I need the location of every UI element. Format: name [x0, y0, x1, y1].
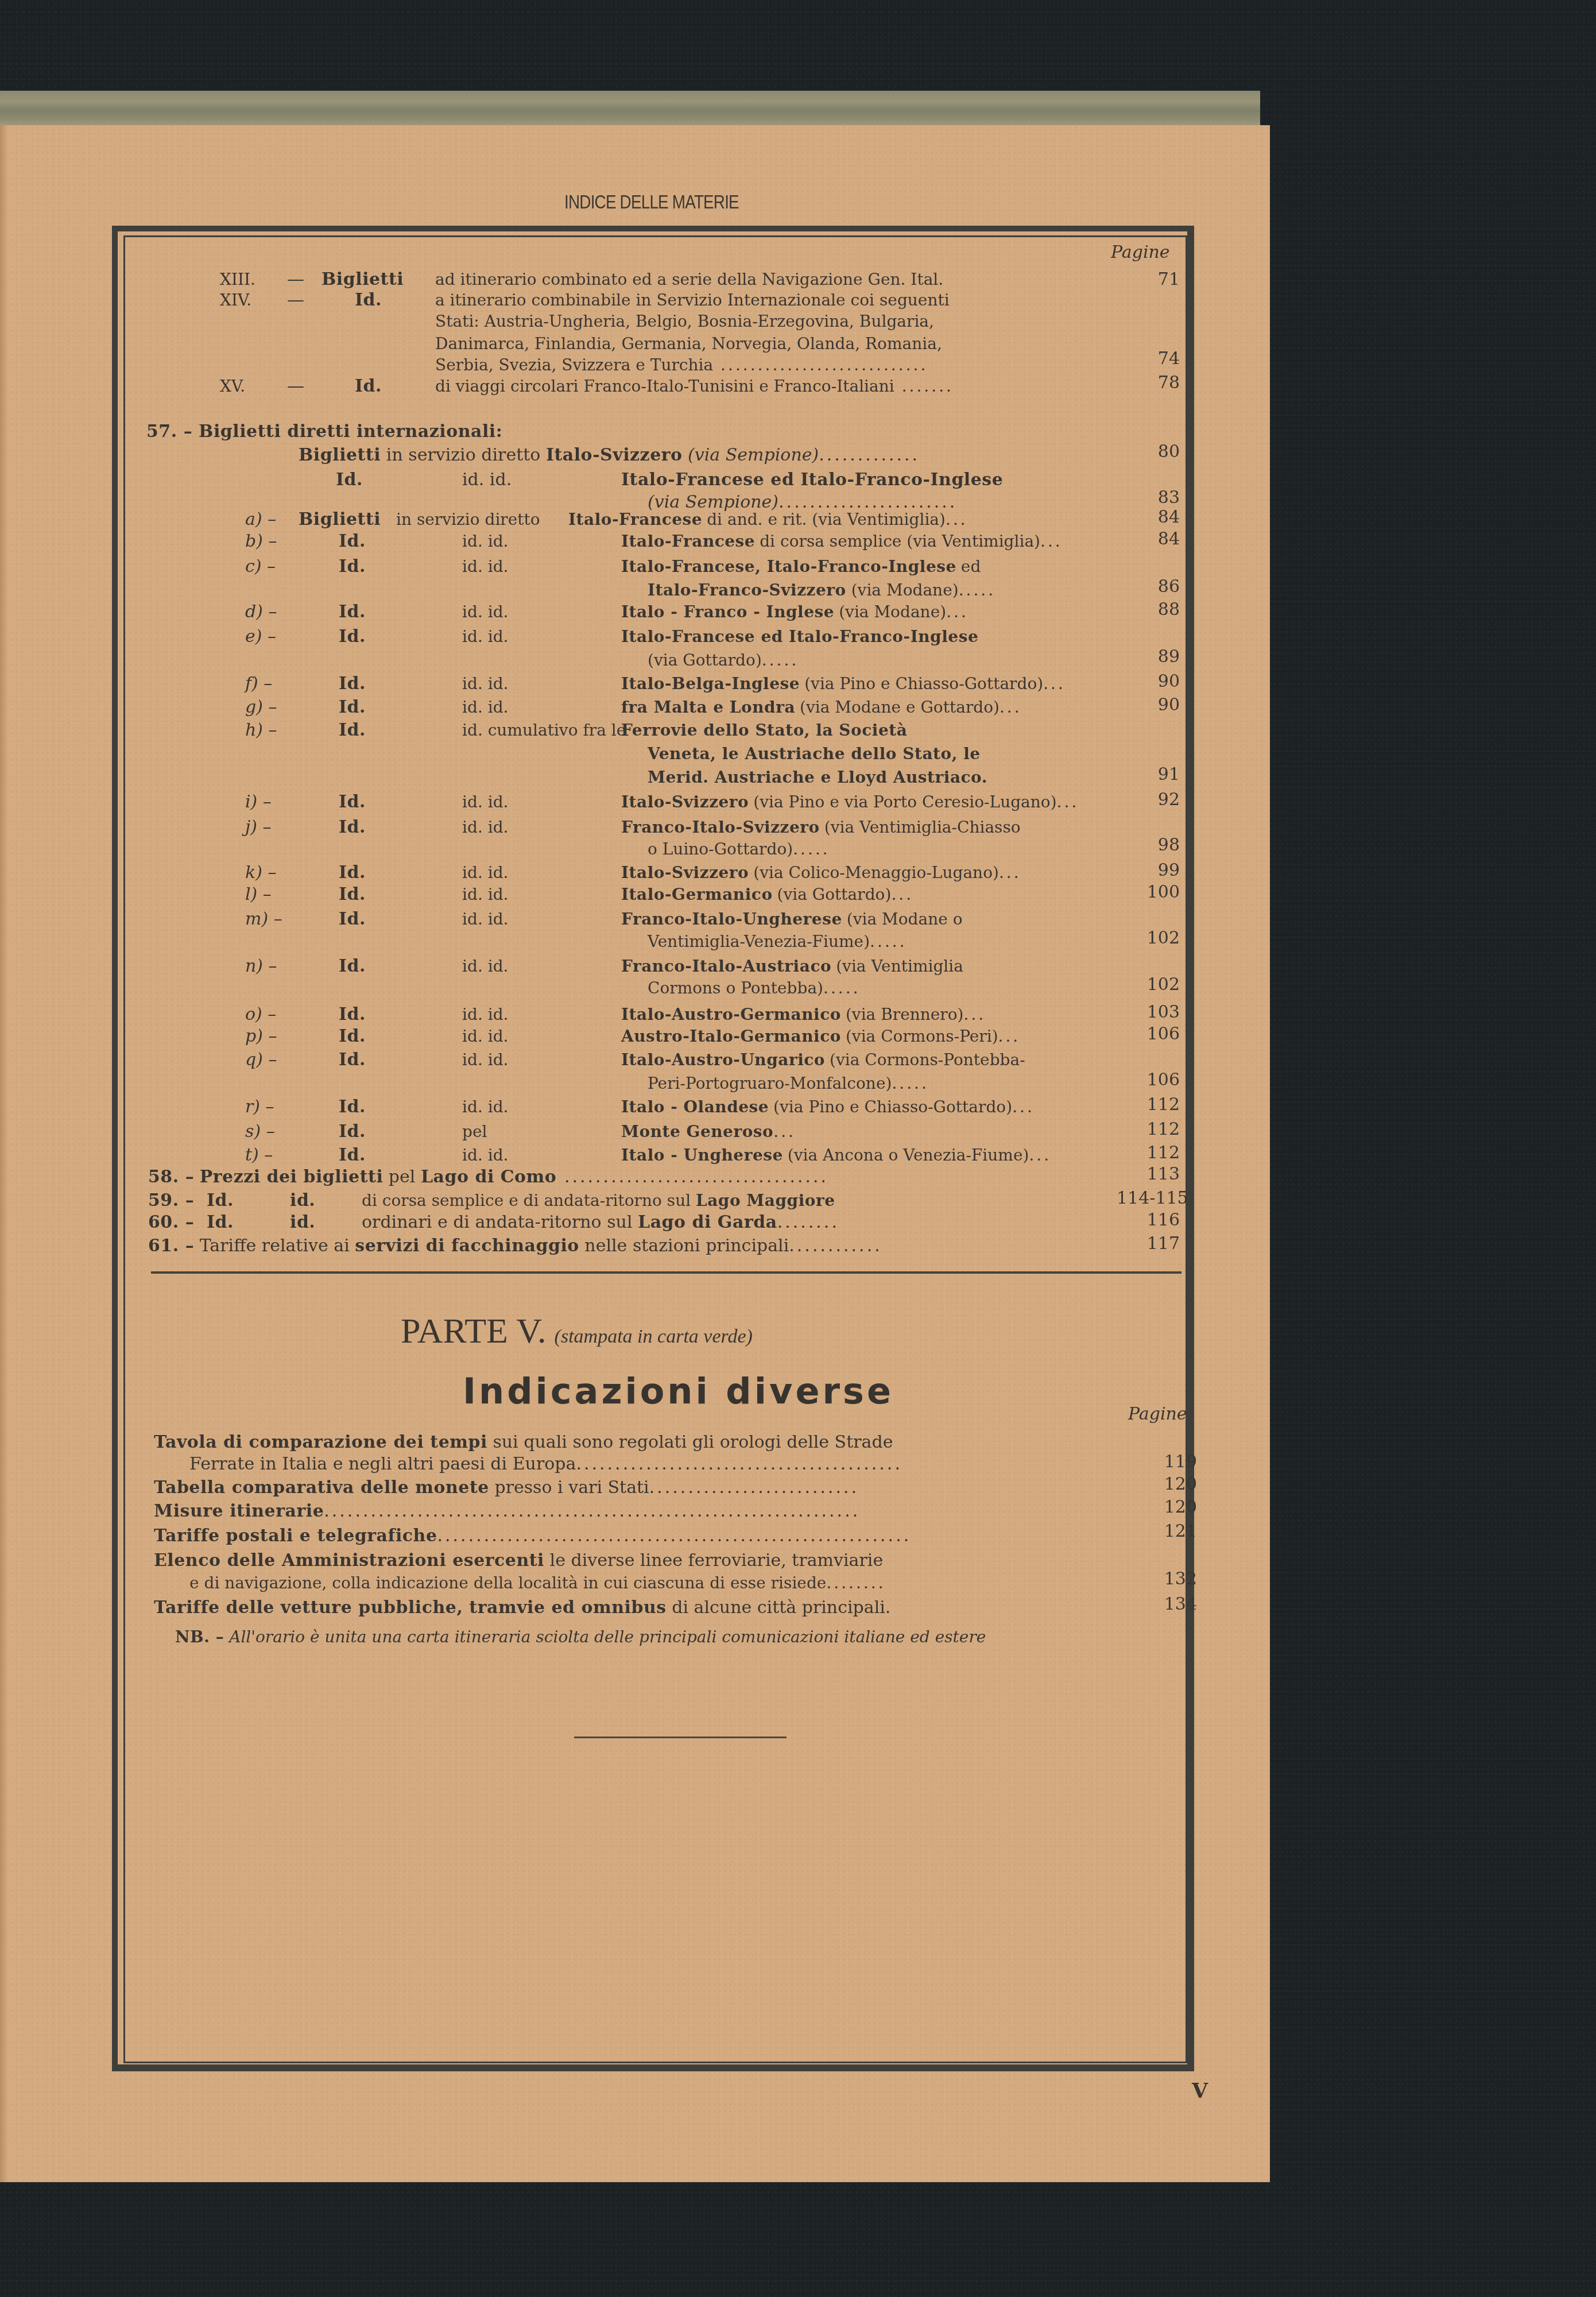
item-id-repeat: id. id. — [462, 531, 508, 552]
short-rule — [574, 1737, 787, 1738]
item-letter: c) – — [245, 556, 276, 578]
item-id-repeat: id. id. — [462, 601, 508, 623]
item-lead: Id. — [339, 601, 366, 623]
item-letter: m) – — [245, 908, 282, 930]
item-lead: Id. — [339, 1144, 366, 1166]
section-60-text: ordinari e di andata-ritorno sul Lago di… — [362, 1212, 839, 1233]
item-lead: Id. — [339, 673, 366, 695]
section-number: 59. – — [148, 1190, 194, 1212]
item-id-repeat: id. id. — [462, 1144, 508, 1166]
entry-number: XIII. — [220, 269, 255, 291]
page-number: 83 — [1117, 487, 1180, 509]
entry-bold: Italo-Francese ed Italo-Franco-Inglese — [621, 469, 1003, 491]
page-number: 86 — [1117, 576, 1180, 598]
part-v-title: PARTE V.(stampata in carta verde) — [401, 1314, 753, 1354]
page-number: 134 — [1134, 1594, 1197, 1615]
section-heading-57: 57. – Biglietti diretti internazionali: — [146, 421, 502, 443]
page-number: 78 — [1117, 372, 1180, 394]
page-number: 100 — [1117, 881, 1180, 903]
item-letter: o) – — [245, 1004, 276, 1026]
page-number: 92 — [1117, 789, 1180, 811]
item-letter: e) – — [245, 626, 276, 648]
id-lead: Id. — [207, 1212, 234, 1233]
page-number: 89 — [1117, 646, 1180, 668]
page-number: 119 — [1134, 1451, 1197, 1473]
page-number: 91 — [1117, 764, 1180, 786]
item-description: Italo - Ungherese(via Ancona o Venezia-F… — [621, 1144, 1051, 1166]
id-lead: Id. — [207, 1190, 234, 1212]
item-letter: l) – — [245, 884, 272, 906]
item-id-repeat: id. id. — [462, 673, 508, 695]
item-id-repeat: id. id. — [462, 908, 508, 930]
item-id-repeat: id. id. — [462, 791, 508, 813]
item-description: Italo-Francesedi corsa semplice (via Ven… — [621, 531, 1063, 552]
page-edges-stack — [0, 91, 1260, 127]
entry-text: ad itinerario combinato ed a serie della… — [435, 269, 943, 291]
item-letter: h) – — [245, 720, 277, 741]
pagine-label: Pagine — [1128, 1403, 1187, 1425]
item-letter: b) – — [245, 531, 277, 552]
entry-lead: Id. — [355, 289, 382, 311]
item-description: Italo-Svizzero(via Pino e via Porto Cere… — [621, 791, 1079, 813]
item-description: Ferrovie dello Stato, la Società — [621, 720, 907, 741]
item-description: Franco-Italo-Ungherese(via Modane o — [621, 908, 963, 930]
pagine-label: Pagine — [1111, 242, 1170, 264]
page-number: 106 — [1117, 1023, 1180, 1045]
entry-text-line: Danimarca, Finlandia, Germania, Norvegia… — [435, 333, 942, 355]
item-line2: o Luino-Gottardo)..... — [648, 838, 830, 860]
entry-number: XIV. — [220, 289, 251, 311]
item-description: Italo - Franco - Inglese(via Modane)... — [621, 601, 969, 623]
item-lead: Id. — [339, 720, 366, 741]
part-v-entry: Misure itinerarie.......................… — [154, 1501, 860, 1522]
item-letter: t) – — [245, 1144, 273, 1166]
item-lead: Id. — [339, 697, 366, 718]
item-line2: Italo-Franco-Svizzero (via Modane)..... — [648, 579, 995, 601]
section-divider — [151, 1271, 1181, 1274]
item-lead: Id. — [339, 791, 366, 813]
item-lead: Id. — [339, 817, 366, 838]
part-v-entry: Tabella comparativa delle monete presso … — [154, 1477, 859, 1499]
page-number: 90 — [1117, 671, 1180, 693]
part-v-entry: Tavola di comparazione dei tempi sui qua… — [154, 1432, 893, 1453]
item-id-repeat: id. id. — [462, 556, 508, 578]
part-v-entry: Elenco delle Amministrazioni esercenti l… — [154, 1550, 883, 1572]
item-id-repeat: id. id. — [462, 862, 508, 884]
item-description: Italo-Francesedi and. e rit. (via Ventim… — [568, 509, 968, 531]
part-v-entry: Tariffe delle vetture pubbliche, tramvie… — [154, 1597, 890, 1619]
page-number: 120 — [1134, 1474, 1197, 1495]
page-number: 102 — [1117, 927, 1180, 949]
item-description: Franco-Italo-Svizzero(via Ventimiglia-Ch… — [621, 817, 1021, 838]
page-number: 116 — [1117, 1209, 1180, 1231]
item-id-repeat: id. id. — [462, 884, 508, 906]
page-number: 84 — [1117, 528, 1180, 550]
section-59-text: di corsa semplice e di andata-ritorno su… — [362, 1190, 835, 1212]
item-description: Italo-Francese ed Italo-Franco-Inglese — [621, 626, 978, 648]
page-number: 112 — [1117, 1094, 1180, 1116]
item-letter: k) – — [245, 862, 276, 884]
id-mid: id. — [290, 1190, 315, 1212]
item-letter: j) – — [245, 817, 272, 838]
item-letter: p) – — [245, 1026, 277, 1047]
entry-dash: — — [287, 269, 304, 291]
page-number: 106 — [1117, 1069, 1180, 1091]
item-line2: Veneta, le Austriache dello Stato, le — [648, 743, 981, 765]
page-folio: V — [1192, 2079, 1208, 2103]
item-lead: Biglietti — [299, 509, 381, 531]
item-description: Italo-Belga-Inglese(via Pino e Chiasso-G… — [621, 673, 1066, 695]
page-number: 114-115 — [1117, 1188, 1180, 1209]
item-lead: Id. — [339, 556, 366, 578]
item-id-repeat: id. id. — [462, 956, 508, 977]
item-letter: r) – — [245, 1096, 274, 1118]
item-lead: Id. — [339, 956, 366, 977]
item-lead: Id. — [339, 1121, 366, 1143]
entry-dash: — — [287, 289, 304, 311]
item-id-repeat: id. id. — [462, 1026, 508, 1047]
page-number: 71 — [1117, 269, 1180, 291]
item-letter: d) – — [245, 601, 277, 623]
page-number: 74 — [1117, 348, 1180, 370]
page-number: 120 — [1134, 1496, 1197, 1518]
item-lead: Id. — [339, 1004, 366, 1026]
page-number: 98 — [1117, 834, 1180, 856]
item-description: Franco-Italo-Austriaco(via Ventimiglia — [621, 956, 963, 977]
page-spine-shadow — [0, 125, 8, 2182]
page-number: 103 — [1117, 1001, 1180, 1023]
item-description: Italo-Germanico(via Gottardo)... — [621, 884, 913, 906]
section-58: 58. – Prezzi dei biglietti pel Lago di C… — [148, 1166, 828, 1188]
page-number: 121 — [1134, 1521, 1197, 1542]
item-text: in servizio diretto — [396, 509, 540, 531]
item-lead: Id. — [339, 1026, 366, 1047]
section-61: 61. – Tariffe relative ai servizi di fac… — [148, 1235, 882, 1257]
note: NB. – All'orario è unita una carta itine… — [175, 1626, 986, 1648]
item-lead: Id. — [339, 626, 366, 648]
item-description: Italo - Olandese(via Pino e Chiasso-Gott… — [621, 1096, 1035, 1118]
item-line2: Cormons o Pontebba)..... — [648, 977, 861, 999]
page-number: 112 — [1117, 1142, 1180, 1164]
page-number: 84 — [1117, 506, 1180, 528]
item-description: Austro-Italo-Germanico(via Cormons-Peri)… — [621, 1026, 1020, 1047]
item-letter: g) – — [245, 697, 277, 718]
entry-text-line: Serbia, Svezia, Svizzera e Turchia .....… — [435, 354, 928, 376]
page-number: 99 — [1117, 860, 1180, 881]
page-number: 113 — [1117, 1163, 1180, 1185]
entry-text: di viaggi circolari Franco-Italo-Tunisin… — [435, 376, 954, 397]
item-lead: Id. — [339, 1096, 366, 1118]
page-number: 132 — [1134, 1568, 1197, 1590]
item-letter: s) – — [245, 1121, 275, 1143]
item-id-repeat: id. id. — [462, 626, 508, 648]
item-lead: Id. — [339, 531, 366, 552]
item-id-repeat: id. cumulativo fra le — [462, 720, 626, 741]
item-line2: (via Gottardo)..... — [648, 649, 799, 671]
item-line3: Merid. Austriache e Lloyd Austriaco. — [648, 767, 987, 788]
intro-row: Id. — [336, 469, 363, 491]
id-mid: id. — [290, 1212, 315, 1233]
running-head: INDICE DELLE MATERIE — [543, 191, 760, 214]
item-letter: a) – — [245, 509, 276, 531]
entry-lead: Biglietti — [321, 269, 404, 291]
page-number: 80 — [1117, 441, 1180, 463]
item-line2: Peri-Portogruaro-Monfalcone)..... — [648, 1073, 929, 1095]
part-v-subtitle: (stampata in carta verde) — [555, 1326, 753, 1347]
page-number: 90 — [1117, 694, 1180, 716]
intro-row: Biglietti in servizio diretto Italo-Sviz… — [299, 444, 920, 466]
entry-text-line: a itinerario combinabile in Servizio Int… — [435, 289, 950, 311]
id-repeat: id. id. — [462, 469, 512, 491]
item-lead: Id. — [339, 884, 366, 906]
section-number: 60. – — [148, 1212, 194, 1233]
entry-dash: — — [287, 376, 304, 397]
item-description: Italo-Francese, Italo-Franco-Ingleseed — [621, 556, 981, 578]
item-description: Italo-Austro-Ungarico(via Cormons-Ponteb… — [621, 1049, 1025, 1071]
part-v-heading: Indicazioni diverse — [463, 1374, 894, 1409]
item-lead: Id. — [339, 862, 366, 884]
page-number: 112 — [1117, 1119, 1180, 1140]
entry-lead: Id. — [355, 376, 382, 397]
item-description: Italo-Austro-Germanico(via Brennero)... — [621, 1004, 986, 1026]
item-letter: n) – — [245, 956, 277, 977]
item-id-repeat: id. id. — [462, 1049, 508, 1071]
item-letter: f) – — [245, 673, 272, 695]
part-v-entry-line2: e di navigazione, colla indicazione dell… — [189, 1572, 886, 1594]
item-description: Monte Generoso... — [621, 1121, 796, 1143]
item-lead: Id. — [339, 908, 366, 930]
item-description: fra Malta e Londra(via Modane e Gottardo… — [621, 697, 1022, 718]
page-number: 117 — [1117, 1233, 1180, 1255]
item-lead: Id. — [339, 1049, 366, 1071]
part-v-entry: Tariffe postali e telegrafiche..........… — [154, 1525, 911, 1547]
item-letter: q) – — [245, 1049, 277, 1071]
item-id-repeat: id. id. — [462, 697, 508, 718]
item-letter: i) – — [245, 791, 272, 813]
entry-number: XV. — [220, 376, 245, 397]
item-id-repeat: pel — [462, 1121, 487, 1143]
item-id-repeat: id. id. — [462, 1096, 508, 1118]
item-line2: Ventimiglia-Venezia-Fiume)..... — [648, 931, 907, 953]
leader-dots: ............................ — [713, 355, 928, 374]
part-v-entry-line2: Ferrate in Italia e negli altri paesi di… — [189, 1453, 902, 1475]
item-description: Italo-Svizzero(via Colico-Menaggio-Lugan… — [621, 862, 1021, 884]
item-id-repeat: id. id. — [462, 817, 508, 838]
entry-text-line: Stati: Austria-Ungheria, Belgio, Bosnia-… — [435, 311, 934, 332]
page-number: 102 — [1117, 974, 1180, 996]
item-id-repeat: id. id. — [462, 1004, 508, 1026]
page-number: 88 — [1117, 599, 1180, 621]
